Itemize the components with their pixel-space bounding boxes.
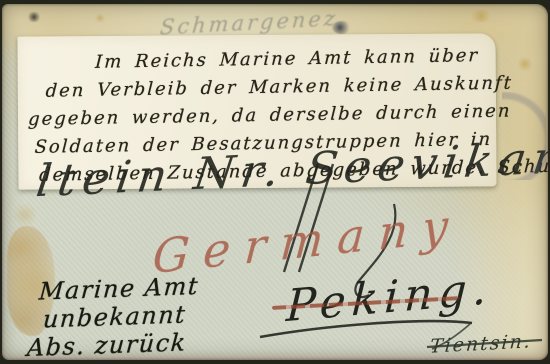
- return-line-3: Abs. zurück: [26, 328, 202, 362]
- postmark-arc: [502, 92, 546, 180]
- pasted-note: Im Reichs Marine Amt kann über den Verbl…: [17, 33, 496, 189]
- return-to-sender-block: Marine Amt unbekannt Abs. zurück: [25, 272, 202, 362]
- foxing-spot: [468, 10, 494, 22]
- pasted-note-text: Im Reichs Marine Amt kann über den Verbl…: [17, 31, 498, 190]
- envelope-back: Schmargenez Im Reichs Marine Amt kann üb…: [2, 4, 548, 360]
- partial-postmark: [502, 92, 546, 180]
- peking-underline: [260, 321, 472, 337]
- underline-tail: [432, 324, 470, 349]
- crossed-out-word: Tientsin.: [429, 330, 533, 357]
- ink-speck: [26, 12, 42, 22]
- stamp-residue-stain-small: [12, 202, 38, 228]
- peking-strikethrough: [272, 296, 460, 310]
- crossout-stroke: [427, 340, 542, 347]
- pencil-smudge: [332, 21, 352, 34]
- destination-peking: Peking.: [285, 263, 494, 332]
- descender-stroke: [355, 204, 395, 297]
- envelope-photo: Schmargenez Im Reichs Marine Amt kann üb…: [0, 0, 550, 364]
- foxing-spot: [517, 56, 533, 72]
- foxing-spot: [94, 14, 106, 22]
